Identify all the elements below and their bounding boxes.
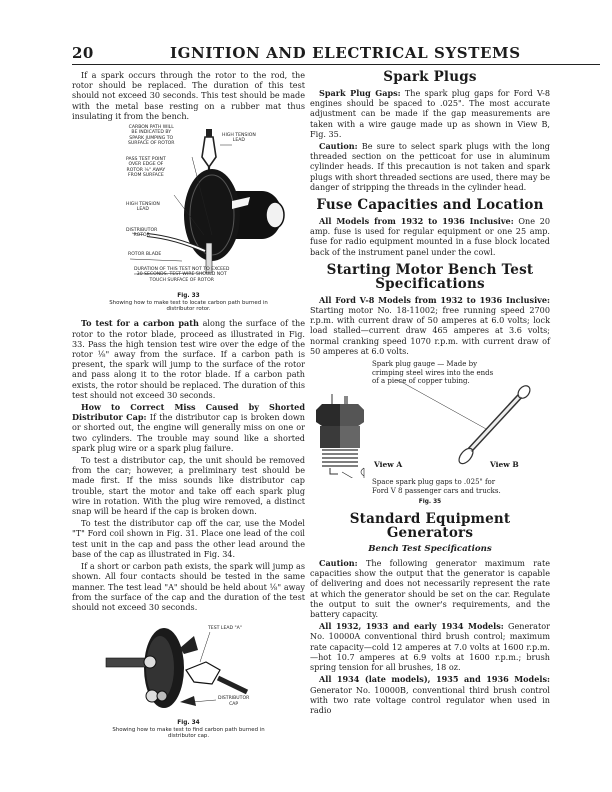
view-a-label: View A	[374, 460, 402, 469]
gauge-note: Spark plug gauge — Made by crimping stee…	[372, 360, 493, 386]
test-cap-paragraph: To test a distributor cap, the unit shou…	[72, 455, 305, 516]
generator-caution-paragraph: Caution: The following generator maximum…	[310, 558, 550, 619]
running-title: IGNITION AND ELECTRICAL SYSTEMS	[170, 44, 521, 62]
heading-starting-motor: Starting Motor Bench Test Specifications	[310, 263, 550, 291]
generator-early-models-paragraph: All 1932, 1933 and early 1934 Models: Ge…	[310, 621, 550, 672]
carbon-path-paragraph: To test for a carbon path along the surf…	[72, 318, 305, 400]
figure-34-caption: Showing how to make test to find carbon …	[72, 727, 305, 739]
callout-pass-test-point: PASS TEST POINT OVER EDGE OF ROTOR ⅛" AW…	[126, 157, 166, 179]
page-number: 20	[72, 44, 94, 62]
callout-high-tension-top: HIGH TENSION LEAD	[222, 133, 256, 144]
heading-fuse: Fuse Capacities and Location	[310, 198, 550, 212]
heading-spark-plugs: Spark Plugs	[310, 70, 550, 84]
callout-duration: DURATION OF THIS TEST NOT TO EXCEED 30 S…	[134, 267, 229, 283]
fuse-paragraph: All Models from 1932 to 1936 Inclusive: …	[310, 216, 550, 257]
figure-33: CARBON PATH WILL BE INDICATED BY SPARK J…	[72, 123, 305, 291]
distributor-rotor-illustration	[72, 123, 305, 291]
spark-plug-gaps-paragraph: Spark Plug Gaps: The spark plug gaps for…	[310, 88, 550, 139]
starting-motor-paragraph: All Ford V-8 Models from 1932 to 1936 In…	[310, 295, 550, 356]
view-b-label: View B	[490, 460, 519, 469]
callout-carbon-path: CARBON PATH WILL BE INDICATED BY SPARK J…	[128, 125, 174, 147]
heading-generators: Standard Equipment Generators	[310, 512, 550, 540]
off-car-paragraph: To test the distributor cap off the car,…	[72, 518, 305, 559]
callout-test-lead-a: TEST LEAD "A"	[208, 626, 242, 631]
callout-distributor-cap: DISTRIBUTOR CAP	[218, 696, 249, 707]
page-header: 20 IGNITION AND ELECTRICAL SYSTEMS	[72, 44, 600, 65]
spark-plug-caution-paragraph: Caution: Be sure to select spark plugs w…	[310, 141, 550, 192]
gap-note: Space spark plug gaps to .025" for Ford …	[372, 478, 612, 495]
figure-34-label: Fig. 34	[72, 720, 305, 727]
right-column: Spark Plugs Spark Plug Gaps: The spark p…	[310, 70, 550, 717]
shorted-cap-paragraph: How to Correct Miss Caused by Shorted Di…	[72, 402, 305, 453]
figure-33-label: Fig. 33	[72, 293, 305, 300]
short-exists-paragraph: If a short or carbon path exists, the sp…	[72, 561, 305, 612]
subheading-bench-test: Bench Test Specifications	[310, 544, 550, 554]
figure-35-label: Fig. 35	[310, 499, 550, 506]
generator-late-models-paragraph: All 1934 (late models), 1935 and 1936 Mo…	[310, 674, 550, 715]
left-column: If a spark occurs through the rotor to t…	[72, 70, 305, 746]
figure-34: TEST LEAD "A" DISTRIBUTOR CAP	[72, 620, 305, 718]
callout-high-tension-lead: HIGH TENSION LEAD	[126, 202, 160, 213]
distributor-cap-illustration	[72, 620, 305, 718]
callout-distributor-rotor: DISTRIBUTOR ROTOR	[126, 228, 157, 239]
figure-35: Spark plug gauge — Made by crimping stee…	[310, 360, 550, 478]
callout-rotor-blade: ROTOR BLADE	[128, 252, 161, 257]
intro-paragraph: If a spark occurs through the rotor to t…	[72, 70, 305, 121]
figure-33-caption: Showing how to make test to locate carbo…	[72, 300, 305, 312]
